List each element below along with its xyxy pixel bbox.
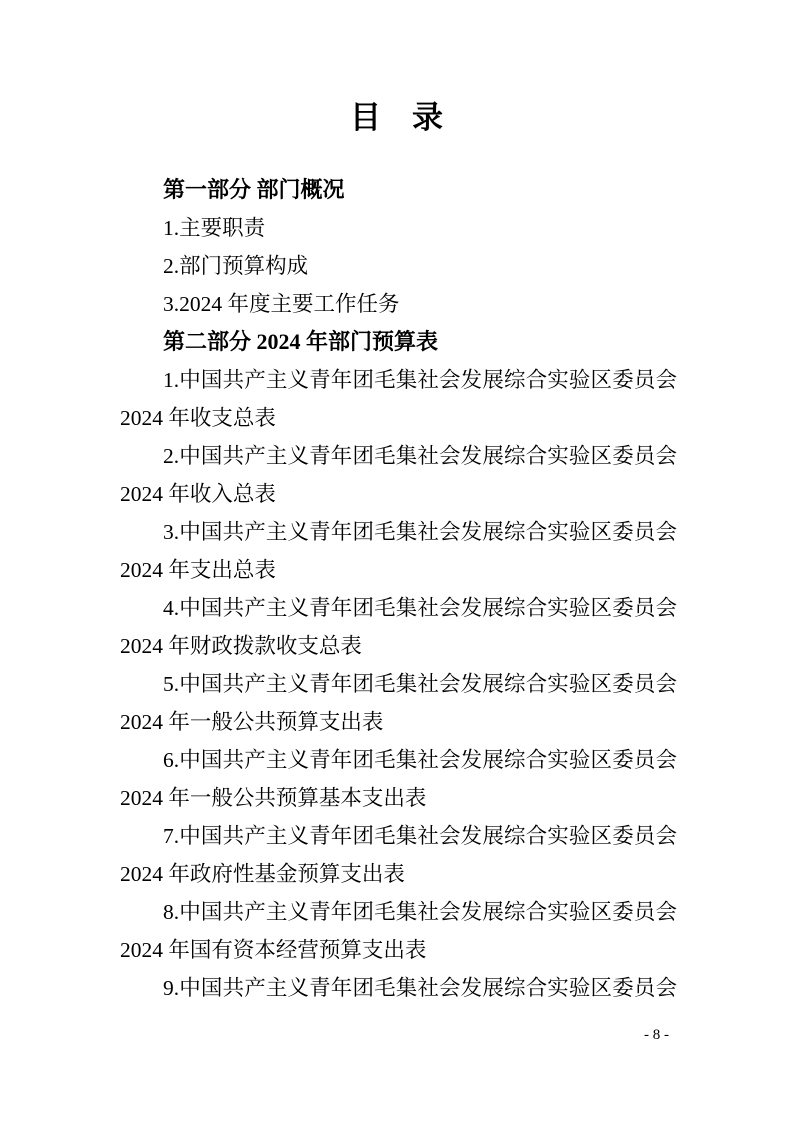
page-number: - 8 - <box>644 1027 669 1044</box>
toc-item-1-line1: 1.中国共产主义青年团毛集社会发展综合实验区委员会 <box>120 361 677 399</box>
toc-item-2-line1: 2.中国共产主义青年团毛集社会发展综合实验区委员会 <box>120 437 677 475</box>
toc-item-budget-makeup: 2.部门预算构成 <box>120 247 677 285</box>
toc-item-6-line2: 2024 年一般公共预算基本支出表 <box>120 779 677 817</box>
toc-item-duties: 1.主要职责 <box>120 209 677 247</box>
toc-item-5-line2: 2024 年一般公共预算支出表 <box>120 703 677 741</box>
toc-item-6-line1: 6.中国共产主义青年团毛集社会发展综合实验区委员会 <box>120 741 677 779</box>
toc-item-main-tasks: 3.2024 年度主要工作任务 <box>120 285 677 323</box>
toc-item-4-line1: 4.中国共产主义青年团毛集社会发展综合实验区委员会 <box>120 589 677 627</box>
toc-heading-part2: 第二部分 2024 年部门预算表 <box>120 323 677 361</box>
toc-item-2-line2: 2024 年收入总表 <box>120 475 677 513</box>
document-title: 目 录 <box>0 92 793 137</box>
toc-item-7-line1: 7.中国共产主义青年团毛集社会发展综合实验区委员会 <box>120 817 677 855</box>
toc-item-8-line2: 2024 年国有资本经营预算支出表 <box>120 931 677 969</box>
table-of-contents: 第一部分 部门概况 1.主要职责 2.部门预算构成 3.2024 年度主要工作任… <box>120 171 677 1007</box>
toc-item-7-line2: 2024 年政府性基金预算支出表 <box>120 855 677 893</box>
toc-item-4-line2: 2024 年财政拨款收支总表 <box>120 627 677 665</box>
toc-item-3-line2: 2024 年支出总表 <box>120 551 677 589</box>
toc-item-5-line1: 5.中国共产主义青年团毛集社会发展综合实验区委员会 <box>120 665 677 703</box>
toc-item-1-line2: 2024 年收支总表 <box>120 399 677 437</box>
document-page: 目 录 第一部分 部门概况 1.主要职责 2.部门预算构成 3.2024 年度主… <box>0 0 793 1122</box>
toc-heading-part1: 第一部分 部门概况 <box>120 171 677 209</box>
toc-item-8-line1: 8.中国共产主义青年团毛集社会发展综合实验区委员会 <box>120 893 677 931</box>
toc-item-9-line1: 9.中国共产主义青年团毛集社会发展综合实验区委员会 <box>120 969 677 1007</box>
toc-item-3-line1: 3.中国共产主义青年团毛集社会发展综合实验区委员会 <box>120 513 677 551</box>
